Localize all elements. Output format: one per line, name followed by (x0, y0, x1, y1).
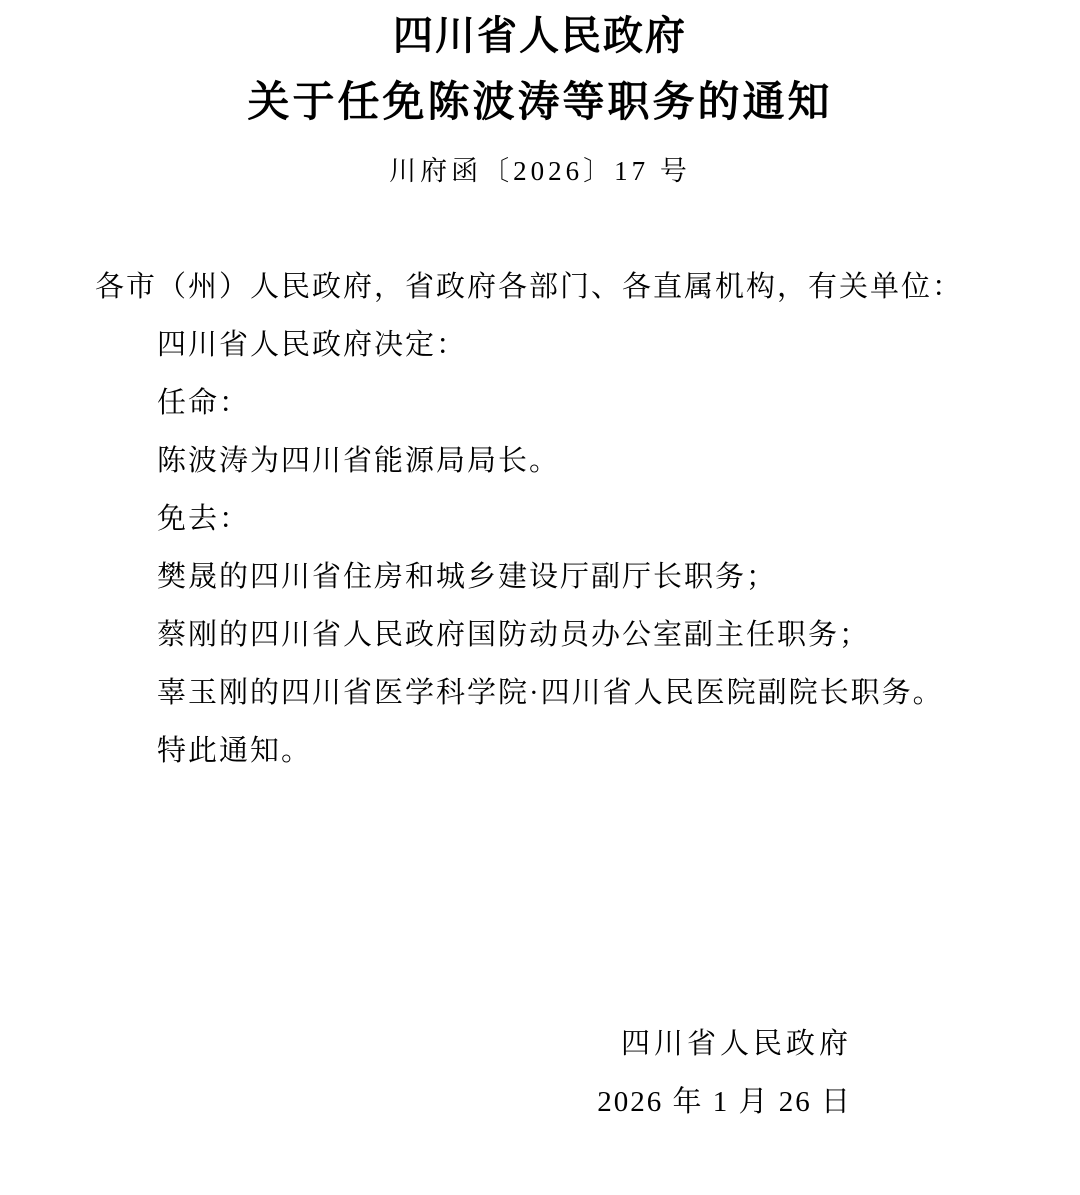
document-page: 四川省人民政府 关于任免陈波涛等职务的通知 川府函〔2026〕17 号 各市（州… (0, 0, 1080, 1195)
document-header: 四川省人民政府 关于任免陈波涛等职务的通知 川府函〔2026〕17 号 (0, 0, 1080, 188)
document-body: 各市（州）人民政府，省政府各部门、各直属机构，有关单位： 四川省人民政府决定： … (0, 258, 1080, 780)
document-title: 关于任免陈波涛等职务的通知 (0, 78, 1080, 128)
signature-issuer: 四川省人民政府 (0, 1015, 852, 1073)
body-paragraph-closing: 特此通知。 (95, 722, 965, 780)
body-paragraph-removal-2: 蔡刚的四川省人民政府国防动员办公室副主任职务； (95, 606, 965, 664)
signature-block: 四川省人民政府 2026 年 1 月 26 日 (0, 1015, 1080, 1131)
body-paragraph-removal-1: 樊晟的四川省住房和城乡建设厅副厅长职务； (95, 548, 965, 606)
body-paragraph-appoint-heading: 任命： (95, 374, 965, 432)
signature-date: 2026 年 1 月 26 日 (0, 1073, 852, 1131)
document-number: 川府函〔2026〕17 号 (0, 154, 1080, 188)
body-paragraph-remove-heading: 免去： (95, 490, 965, 548)
body-paragraph-removal-3: 辜玉刚的四川省医学科学院·四川省人民医院副院长职务。 (95, 664, 965, 722)
body-paragraph-decision: 四川省人民政府决定： (95, 316, 965, 374)
issuing-org-title: 四川省人民政府 (0, 13, 1080, 59)
body-paragraph-appointment: 陈波涛为四川省能源局局长。 (95, 432, 965, 490)
salutation-line: 各市（州）人民政府，省政府各部门、各直属机构，有关单位： (95, 258, 965, 316)
